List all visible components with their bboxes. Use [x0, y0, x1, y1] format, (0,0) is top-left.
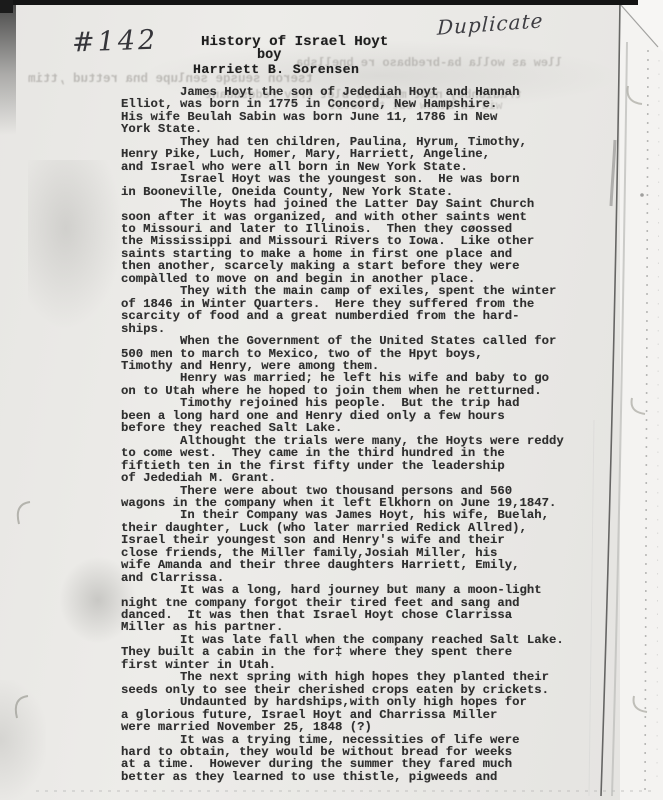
back-sheet-corner [620, 0, 663, 52]
document-title: History of Israel Hoyt [201, 34, 388, 50]
page-curl-mark [634, 696, 647, 712]
edge-speck [640, 193, 644, 197]
handwritten-page-number: #142 [71, 25, 158, 59]
scanned-document-page: llew as wolla ba-bredbaso re bnellsba ts… [0, 0, 663, 800]
document-body-text: James Hoyt the son of Jedediah Hoyt and … [121, 86, 564, 783]
byline: boy [257, 48, 281, 63]
page-curl-mark [632, 398, 645, 414]
corner-fold-line [620, 4, 658, 47]
author-name: Harriett B. Sorensen [193, 62, 359, 77]
page-curl-mark [628, 86, 642, 104]
perforation-dots-outer [657, 60, 659, 780]
perforation-dots [645, 50, 648, 796]
